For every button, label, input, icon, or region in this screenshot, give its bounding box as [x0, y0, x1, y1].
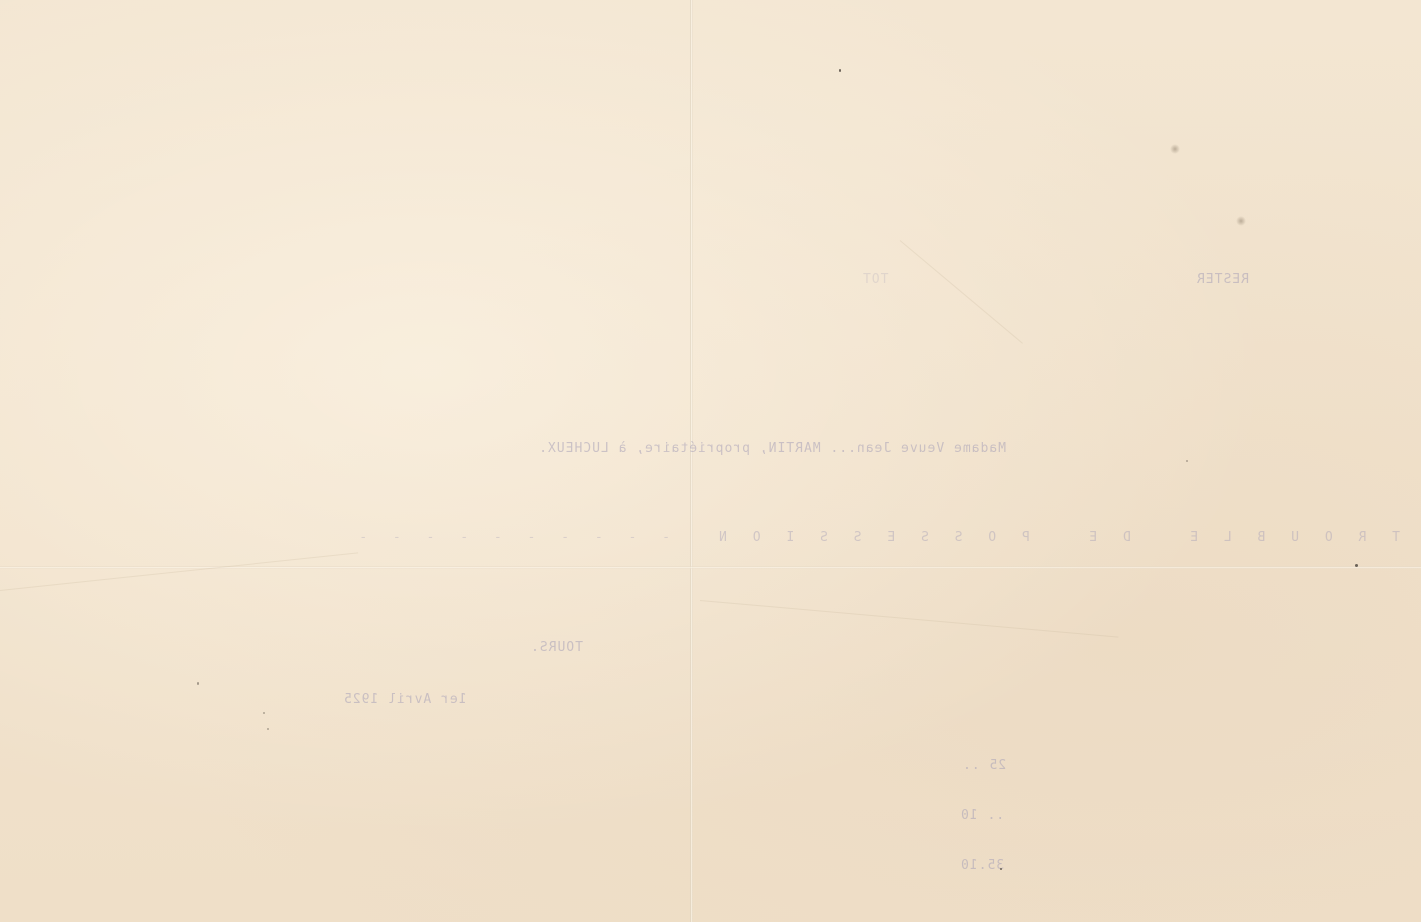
mirrored-heading-dashes: - - - - - - - - - -	[200, 530, 670, 545]
paper-crease	[700, 600, 1118, 638]
ink-speck	[839, 69, 841, 72]
mirrored-city: TOURS.	[530, 640, 583, 655]
ink-speck	[1186, 460, 1188, 462]
mirrored-amount-2: .. 10	[960, 808, 1004, 823]
mirrored-spaced-heading: T R O U B L E D E P O S S E S S I O N	[660, 530, 1400, 545]
ink-speck	[267, 728, 269, 730]
vertical-fold-line	[690, 0, 693, 922]
paper-crease	[900, 240, 1023, 344]
mirrored-word-top-right: RESTER	[1196, 272, 1249, 287]
document-page: RESTER TOT Madame Veuve Jean... MARTIN, …	[0, 0, 1421, 922]
ink-speck	[197, 682, 199, 685]
pin-hole-mark	[1170, 144, 1180, 154]
pin-hole-mark	[1236, 216, 1246, 226]
ink-speck	[1000, 868, 1002, 870]
ink-speck	[263, 712, 265, 714]
ink-speck	[1355, 564, 1358, 567]
mirrored-date: 1er Avril 1925	[343, 692, 467, 707]
mirrored-amount-1: 25 ..	[962, 758, 1006, 773]
mirrored-addressee-line: Madame Veuve Jean... MARTIN, propriétair…	[186, 441, 1006, 456]
paper-crease	[0, 552, 358, 591]
mirrored-word-top-mid: TOT	[862, 272, 888, 287]
mirrored-amount-3: 35.10	[960, 858, 1004, 873]
